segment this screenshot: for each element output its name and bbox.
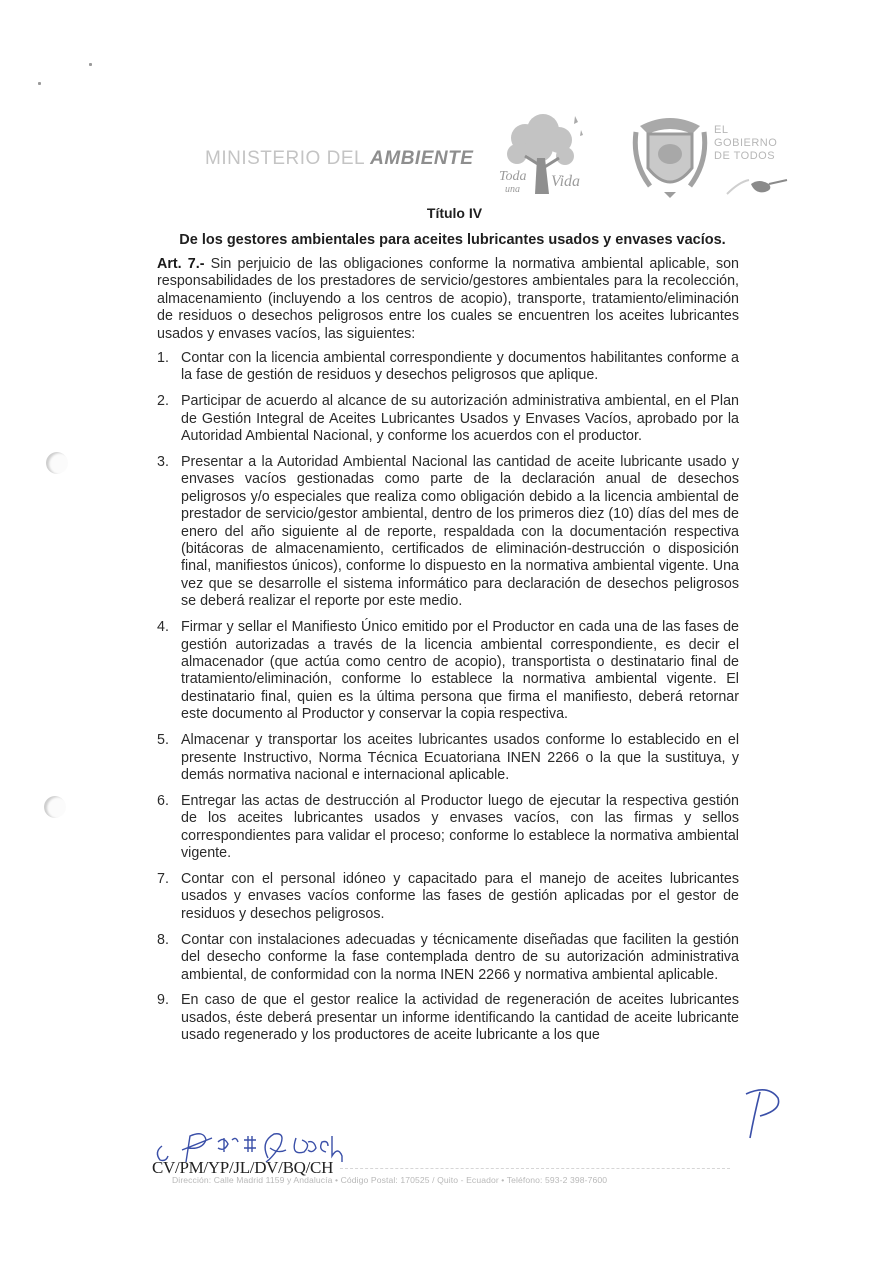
article-7-intro: Art. 7.- Sin perjuicio de las obligacion… <box>157 256 739 343</box>
item-text: En caso de que el gestor realice la acti… <box>181 992 739 1043</box>
item-number: 4. <box>157 619 169 636</box>
item-text: Contar con instalaciones adecuadas y téc… <box>181 932 739 983</box>
list-item: 4.Firmar y sellar el Manifiesto Único em… <box>157 619 739 723</box>
article-intro-text: Sin perjuicio de las obligaciones confor… <box>157 256 739 342</box>
item-number: 7. <box>157 871 169 888</box>
item-text: Almacenar y transportar los aceites lubr… <box>181 732 739 783</box>
svg-text:Vida: Vida <box>551 173 580 190</box>
item-text: Contar con el personal idóneo y capacita… <box>181 871 739 922</box>
obligations-list: 1.Contar con la licencia ambiental corre… <box>157 350 739 1053</box>
list-item: 9.En caso de que el gestor realice la ac… <box>157 992 739 1044</box>
section-title: Título IV <box>8 205 893 221</box>
item-number: 8. <box>157 932 169 949</box>
list-item: 3.Presentar a la Autoridad Ambiental Nac… <box>157 454 739 611</box>
gov-line-1: EL <box>714 124 777 137</box>
scan-speck <box>38 82 41 85</box>
item-number: 5. <box>157 732 169 749</box>
item-number: 9. <box>157 992 169 1009</box>
list-item: 1.Contar con la licencia ambiental corre… <box>157 350 739 385</box>
item-number: 6. <box>157 793 169 810</box>
item-text: Firmar y sellar el Manifiesto Único emit… <box>181 619 739 722</box>
item-text: Contar con la licencia ambiental corresp… <box>181 350 739 383</box>
list-item: 6.Entregar las actas de destrucción al P… <box>157 793 739 863</box>
gov-line-2: GOBIERNO <box>714 137 777 150</box>
punch-hole-top <box>46 452 68 474</box>
svg-text:una: una <box>505 184 520 195</box>
gov-line-3: DE TODOS <box>714 150 777 163</box>
section-subtitle: De los gestores ambientales para aceites… <box>6 232 893 248</box>
article-label: Art. 7.- <box>157 256 205 272</box>
list-item: 2.Participar de acuerdo al alcance de su… <box>157 393 739 445</box>
footer-address: Dirección: Calle Madrid 1159 y Andalucía… <box>172 1175 607 1185</box>
scan-speck <box>89 63 92 66</box>
list-item: 7.Contar con el personal idóneo y capaci… <box>157 871 739 923</box>
list-item: 5.Almacenar y transportar los aceites lu… <box>157 732 739 784</box>
handwritten-margin-initial <box>738 1080 788 1140</box>
ecuador-coat-of-arms-icon <box>630 112 710 198</box>
ministry-emphasis: AMBIENTE <box>370 148 473 169</box>
item-text: Presentar a la Autoridad Ambiental Nacio… <box>181 454 739 609</box>
item-number: 3. <box>157 454 169 471</box>
hummingbird-icon <box>725 174 789 196</box>
ministry-name: MINISTERIO DEL AMBIENTE <box>205 148 473 170</box>
ministry-prefix: MINISTERIO DEL <box>205 148 370 169</box>
item-number: 1. <box>157 350 169 367</box>
item-text: Participar de acuerdo al alcance de su a… <box>181 393 739 444</box>
item-number: 2. <box>157 393 169 410</box>
svg-text:Toda: Toda <box>499 169 527 184</box>
footer-divider <box>340 1168 730 1169</box>
punch-hole-bottom <box>44 796 66 818</box>
toda-una-vida-tree-logo: Toda una Vida <box>495 108 587 198</box>
list-item: 8.Contar con instalaciones adecuadas y t… <box>157 932 739 984</box>
letterhead: MINISTERIO DEL AMBIENTE Toda una Vida EL… <box>205 108 795 198</box>
item-text: Entregar las actas de destrucción al Pro… <box>181 793 739 861</box>
el-gobierno-de-todos-text: EL GOBIERNO DE TODOS <box>714 124 777 163</box>
